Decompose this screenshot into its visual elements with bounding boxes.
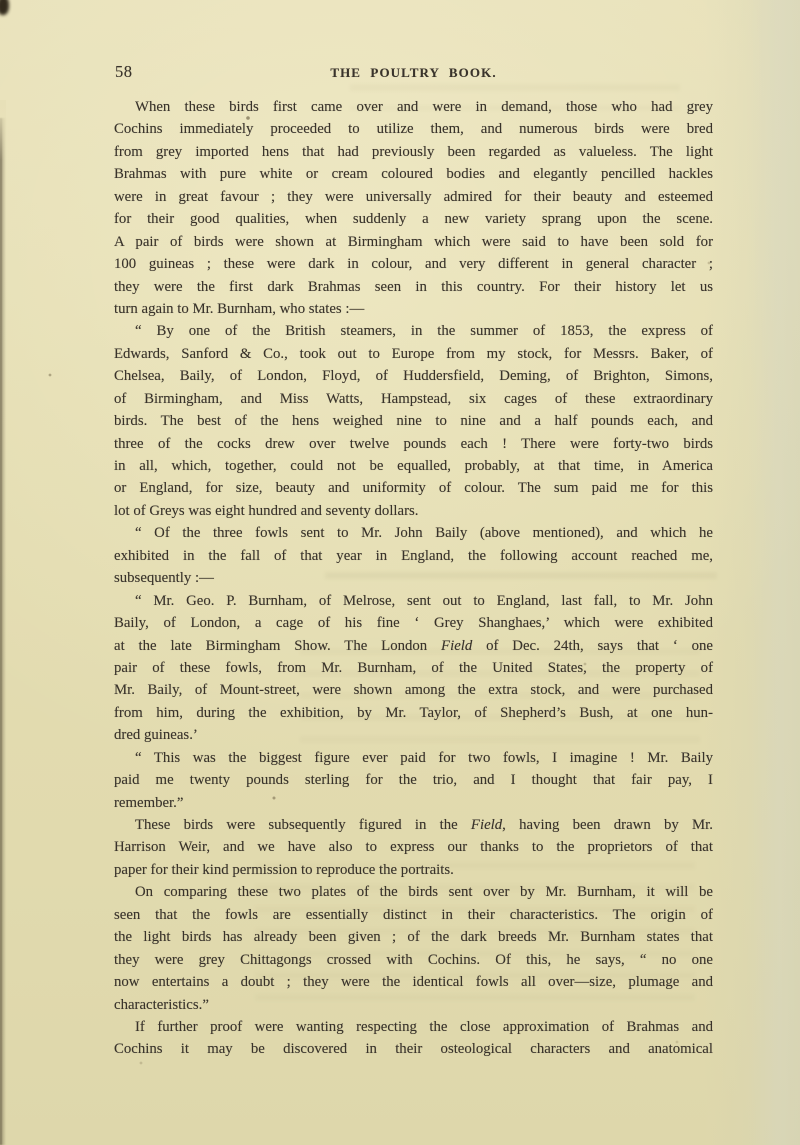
text-line: Mr. Baily, of Mount-street, were shown a… [114, 679, 713, 701]
text-line: Chelsea, Baily, of London, Floyd, of Hud… [114, 365, 713, 387]
text-line: A pair of birds were shown at Birmingham… [114, 231, 713, 253]
text-line: were in great favour ; they were univers… [114, 186, 713, 208]
text-line: These birds were subsequently figured in… [114, 814, 713, 836]
text-line: When these birds first came over and wer… [114, 96, 713, 118]
text-line: Brahmas with pure white or cream coloure… [114, 163, 713, 185]
page-edge-light-band [748, 0, 800, 1145]
text-line: three of the cocks drew over twelve poun… [114, 433, 713, 455]
text-line: “ Mr. Geo. P. Burnham, of Melrose, sent … [114, 590, 713, 612]
text-line: they were the first dark Brahmas seen in… [114, 276, 713, 298]
page-edge-shadow-fade [0, 100, 6, 160]
text-line: Harrison Weir, and we have also to expre… [114, 836, 713, 858]
text-line: paper for their kind permission to repro… [114, 859, 713, 881]
text-line: subsequently :— [114, 567, 713, 589]
text-line: “ Of the three fowls sent to Mr. John Ba… [114, 522, 713, 544]
page-edge-shadow [0, 118, 6, 1145]
text-line: in all, which, together, could not be eq… [114, 455, 713, 477]
text-block: When these birds first came over and wer… [114, 96, 713, 1061]
text-line: Cochins it may be discovered in their os… [114, 1038, 713, 1060]
text-line: now entertains a doubt ; they were the i… [114, 971, 713, 993]
text-line: lot of Greys was eight hundred and seven… [114, 500, 713, 522]
page-header: 58 THE POULTRY BOOK. [114, 62, 713, 82]
book-page-scan: 58 THE POULTRY BOOK. When these birds fi… [0, 0, 800, 1145]
text-line: of Birmingham, and Miss Watts, Hampstead… [114, 388, 713, 410]
text-line: or England, for size, beauty and uniform… [114, 477, 713, 499]
text-line: at the late Birmingham Show. The London … [114, 635, 713, 657]
text-line: On comparing these two plates of the bir… [114, 881, 713, 903]
text-line: “ This was the biggest figure ever paid … [114, 747, 713, 769]
text-line: 100 guineas ; these were dark in colour,… [114, 253, 713, 275]
text-line: Baily, of London, a cage of his fine ‘ G… [114, 612, 713, 634]
text-line: for their good qualities, when suddenly … [114, 208, 713, 230]
text-line: paid me twenty pounds sterling for the t… [114, 769, 713, 791]
text-line: Cochins immediately proceeded to utilize… [114, 118, 713, 140]
running-title: THE POULTRY BOOK. [114, 65, 713, 81]
text-line: from grey imported hens that had previou… [114, 141, 713, 163]
text-line: dred guineas.’ [114, 724, 713, 746]
text-line: exhibited in the fall of that year in En… [114, 545, 713, 567]
text-line: seen that the fowls are essentially dist… [114, 904, 713, 926]
text-line: pair of these fowls, from Mr. Burnham, o… [114, 657, 713, 679]
ink-specks [0, 0, 2, 2]
text-line: “ By one of the British steamers, in the… [114, 320, 713, 342]
text-line: birds. The best of the hens weighed nine… [114, 410, 713, 432]
text-line: remember.” [114, 792, 713, 814]
text-line: If further proof were wanting respecting… [114, 1016, 713, 1038]
corner-stain [0, 0, 9, 15]
text-line: characteristics.” [114, 994, 713, 1016]
text-line: they were grey Chittagongs crossed with … [114, 949, 713, 971]
text-line: turn again to Mr. Burnham, who states :— [114, 298, 713, 320]
text-line: from him, during the exhibition, by Mr. … [114, 702, 713, 724]
text-line: the light birds has already been given ;… [114, 926, 713, 948]
text-line: Edwards, Sanford & Co., took out to Euro… [114, 343, 713, 365]
